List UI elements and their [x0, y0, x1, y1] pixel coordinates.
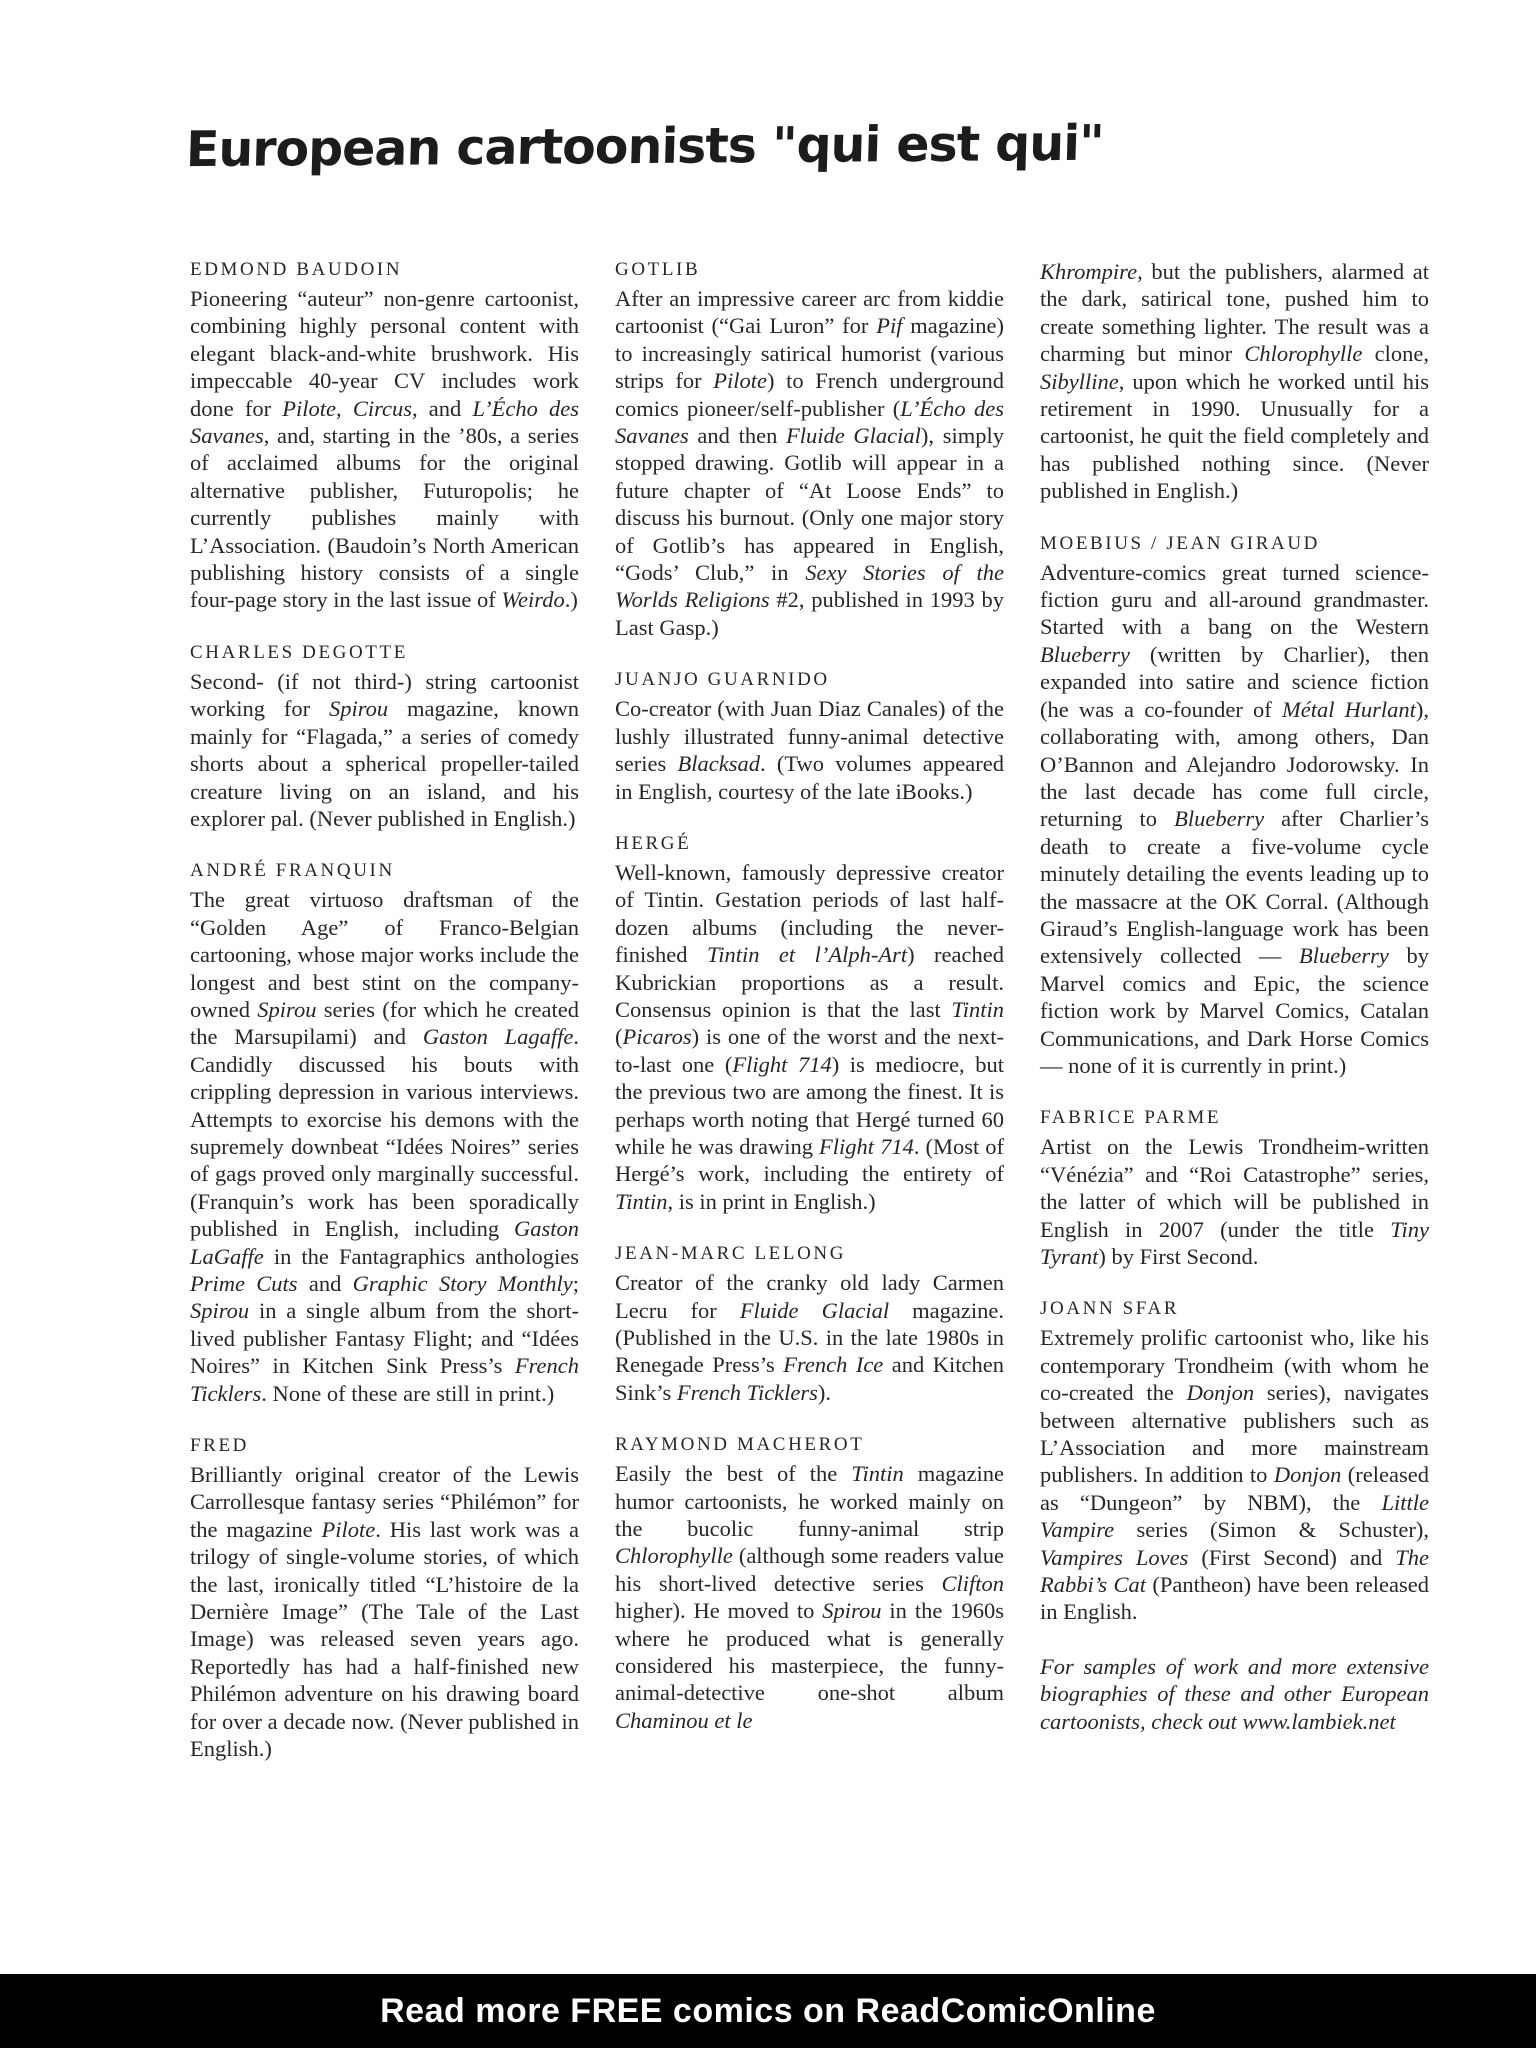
- work-title-italic: Spirou: [190, 1298, 249, 1323]
- article-columns: EDMOND BAUDOINPioneering “auteur” non-ge…: [190, 258, 1430, 1790]
- work-title-italic: Pif: [876, 313, 902, 338]
- work-title-italic: Blacksad: [678, 751, 760, 776]
- entry-body: Second- (if not third-) string cartoonis…: [190, 668, 579, 832]
- work-title-italic: Clifton: [941, 1571, 1004, 1596]
- work-title-italic: Vampires Loves: [1040, 1545, 1188, 1570]
- entry-heading: MOEBIUS / JEAN GIRAUD: [1040, 532, 1429, 556]
- cartoonist-entry: EDMOND BAUDOINPioneering “auteur” non-ge…: [190, 258, 579, 614]
- entry-body: The great virtuoso draftsman of the “Gol…: [190, 886, 579, 1407]
- work-title-italic: Flight 714: [819, 1134, 914, 1159]
- entry-body-continuation: Khrompire, but the publishers, alarmed a…: [1040, 258, 1429, 505]
- entry-body: Brilliantly original creator of the Lewi…: [190, 1461, 579, 1762]
- work-title-italic: Métal Hurlant: [1282, 697, 1416, 722]
- work-title-italic: Gaston LaGaffe: [190, 1216, 579, 1268]
- work-title-italic: French Ticklers: [677, 1380, 818, 1405]
- entry-heading: JUANJO GUARNIDO: [615, 668, 1004, 692]
- work-title-italic: Circus: [353, 396, 412, 421]
- entry-heading: JOANN SFAR: [1040, 1297, 1429, 1321]
- cartoonist-entry: CHARLES DEGOTTESecond- (if not third-) s…: [190, 641, 579, 832]
- work-title-italic: Chaminou et le: [615, 1708, 752, 1733]
- work-title-italic: Sibylline: [1040, 369, 1119, 394]
- work-title-italic: Spirou: [257, 997, 316, 1022]
- cartoonist-entry: HERGÉWell-known, famously depressive cre…: [615, 832, 1004, 1215]
- work-title-italic: Blueberry: [1174, 806, 1264, 831]
- comic-text-page: European cartoonists "qui est qui" EDMON…: [0, 0, 1536, 2048]
- work-title-italic: Tintin et l’Alph-Art: [707, 942, 907, 967]
- work-title-italic: Tiny Tyrant: [1040, 1217, 1429, 1269]
- work-title-italic: Chlorophylle: [1244, 341, 1362, 366]
- work-title-italic: Tintin: [951, 997, 1004, 1022]
- entry-heading: ANDRÉ FRANQUIN: [190, 859, 579, 883]
- text-column-3: Khrompire, but the publishers, alarmed a…: [1040, 258, 1429, 1790]
- work-title-italic: Blueberry: [1040, 642, 1130, 667]
- cartoonist-entry: FABRICE PARMEArtist on the Lewis Trondhe…: [1040, 1106, 1429, 1270]
- cartoonist-entry: RAYMOND MACHEROTEasily the best of the T…: [615, 1433, 1004, 1734]
- work-title-italic: Gaston Lagaffe: [423, 1024, 574, 1049]
- entry-heading: EDMOND BAUDOIN: [190, 258, 579, 282]
- entry-body: Creator of the cranky old lady Carmen Le…: [615, 1269, 1004, 1406]
- work-title-italic: Graphic Story Monthly: [353, 1271, 573, 1296]
- footnote-entry: For samples of work and more extensive b…: [1040, 1653, 1429, 1735]
- work-title-italic: Fluide Glacial: [740, 1298, 889, 1323]
- work-title-italic: Spirou: [329, 696, 388, 721]
- entry-body: For samples of work and more extensive b…: [1040, 1653, 1429, 1735]
- cartoonist-entry: ANDRÉ FRANQUINThe great virtuoso draftsm…: [190, 859, 579, 1407]
- work-title-italic: French Ticklers: [190, 1353, 579, 1405]
- cartoonist-entry: FREDBrilliantly original creator of the …: [190, 1434, 579, 1762]
- text-column-1: EDMOND BAUDOINPioneering “auteur” non-ge…: [190, 258, 579, 1790]
- work-title-italic: Blueberry: [1299, 943, 1389, 968]
- work-title-italic: Fluide Glacial: [786, 423, 921, 448]
- cartoonist-entry: Khrompire, but the publishers, alarmed a…: [1040, 258, 1429, 505]
- work-title-italic: Donjon: [1274, 1462, 1342, 1487]
- readcomiconline-banner[interactable]: Read more FREE comics on ReadComicOnline: [0, 1974, 1536, 2048]
- work-title-italic: Flight 714: [732, 1052, 831, 1077]
- entry-heading: RAYMOND MACHEROT: [615, 1433, 1004, 1457]
- work-title-italic: Picaros: [623, 1024, 692, 1049]
- cartoonist-entry: GOTLIBAfter an impressive career arc fro…: [615, 258, 1004, 641]
- text-column-2: GOTLIBAfter an impressive career arc fro…: [615, 258, 1004, 1790]
- entry-heading: CHARLES DEGOTTE: [190, 641, 579, 665]
- work-title-italic: Tintin: [851, 1461, 904, 1486]
- entry-heading: FABRICE PARME: [1040, 1106, 1429, 1130]
- entry-body: Pioneering “auteur” non-genre cartoonist…: [190, 285, 579, 614]
- cartoonist-entry: JEAN-MARC LELONGCreator of the cranky ol…: [615, 1242, 1004, 1406]
- entry-heading: HERGÉ: [615, 832, 1004, 856]
- entry-body: Easily the best of the Tintin magazine h…: [615, 1460, 1004, 1734]
- entry-body: Artist on the Lewis Trondheim-written “V…: [1040, 1133, 1429, 1270]
- entry-heading: FRED: [190, 1434, 579, 1458]
- entry-body: Extremely prolific cartoonist who, like …: [1040, 1324, 1429, 1625]
- work-title-italic: Weirdo: [501, 587, 564, 612]
- work-title-italic: Pilote: [713, 368, 767, 393]
- entry-heading: GOTLIB: [615, 258, 1004, 282]
- work-title-italic: Pilote: [282, 396, 336, 421]
- entry-body: Well-known, famously depressive creator …: [615, 859, 1004, 1215]
- work-title-italic: Spirou: [822, 1598, 881, 1623]
- entry-body: After an impressive career arc from kidd…: [615, 285, 1004, 641]
- work-title-italic: Little Vampire: [1040, 1490, 1429, 1542]
- entry-body: Co-creator (with Juan Diaz Canales) of t…: [615, 695, 1004, 805]
- entry-heading: JEAN-MARC LELONG: [615, 1242, 1004, 1266]
- work-title-italic: Donjon: [1187, 1380, 1255, 1405]
- work-title-italic: Khrompire: [1040, 259, 1137, 284]
- work-title-italic: Tintin: [615, 1189, 668, 1214]
- cartoonist-entry: JOANN SFARExtremely prolific cartoonist …: [1040, 1297, 1429, 1625]
- work-title-italic: Prime Cuts: [190, 1271, 298, 1296]
- work-title-italic: French Ice: [783, 1352, 883, 1377]
- work-title-italic: Pilote: [321, 1517, 375, 1542]
- page-title: European cartoonists "qui est qui": [185, 115, 1087, 178]
- cartoonist-entry: JUANJO GUARNIDOCo-creator (with Juan Dia…: [615, 668, 1004, 805]
- work-title-italic: For samples of work and more extensive b…: [1040, 1654, 1429, 1734]
- cartoonist-entry: MOEBIUS / JEAN GIRAUDAdventure-comics gr…: [1040, 532, 1429, 1080]
- work-title-italic: Sexy Stories of the Worlds Religions: [615, 560, 1004, 612]
- work-title-italic: Chlorophylle: [615, 1543, 733, 1568]
- entry-body: Adventure-comics great turned science-fi…: [1040, 559, 1429, 1080]
- banner-text[interactable]: Read more FREE comics on ReadComicOnline: [380, 1992, 1156, 2031]
